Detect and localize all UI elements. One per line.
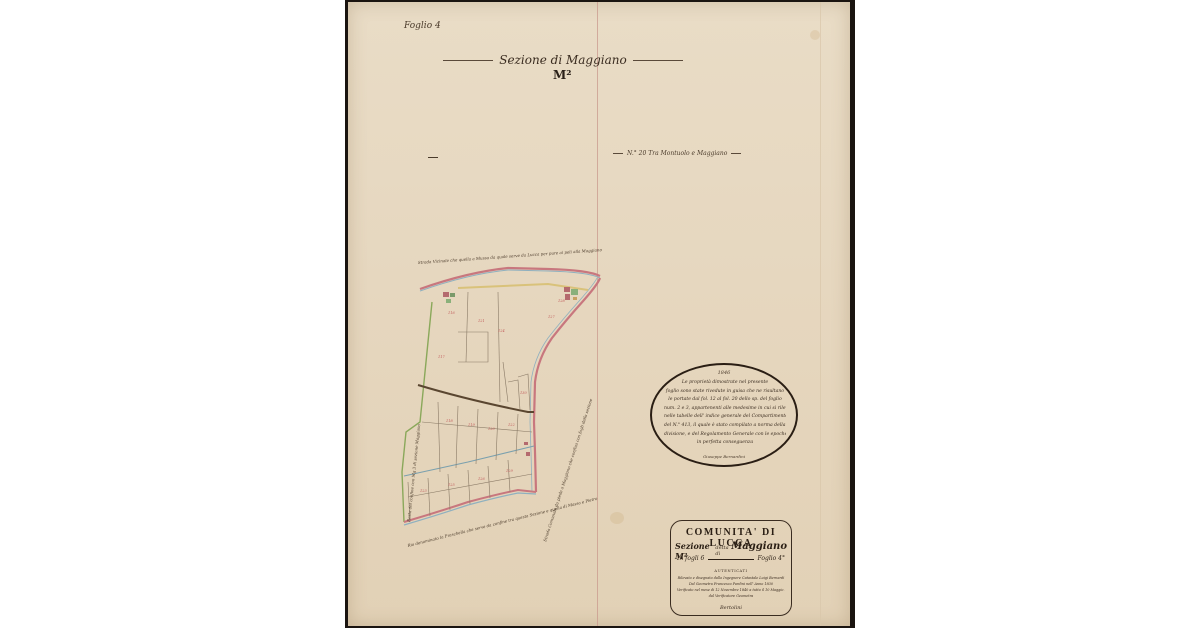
oval-line: in perfetta conseguenza: [664, 439, 786, 448]
cartouche-fogli: In fogli 6: [677, 555, 704, 562]
svg-text:129: 129: [506, 469, 513, 473]
svg-text:130: 130: [520, 391, 527, 395]
oval-lines: Le proprietà dimostrate nel presente fog…: [664, 379, 786, 448]
cartouche-place: Maggiano: [731, 541, 787, 552]
svg-text:117: 117: [438, 355, 445, 359]
cartouche-foglio: Foglio 4°: [758, 555, 785, 562]
annotation-top: Strada Vicinale che quella a Mussa da qu…: [418, 247, 603, 265]
cartouche-signature: Bertolini: [671, 605, 791, 611]
svg-text:128: 128: [558, 299, 565, 303]
svg-text:119: 119: [468, 423, 475, 427]
cartouche-lines: Rilevato e disegnato dallo Ingegnere Cat…: [677, 575, 785, 599]
oval-year: 1846: [652, 370, 796, 376]
svg-text:118: 118: [446, 419, 453, 423]
cartouche-heading: AUTENTICATI: [671, 569, 791, 573]
oval-line: Le proprietà dimostrate nel presente: [664, 379, 786, 388]
svg-text:126: 126: [478, 477, 485, 481]
parcel-lines: [408, 292, 532, 522]
oval-signature: Giuseppe Bernardini: [652, 454, 796, 459]
svg-text:120: 120: [488, 427, 495, 431]
oval-line: divisione, e del Regolamento Generale co…: [664, 431, 786, 440]
svg-text:127: 127: [548, 315, 555, 319]
oval-line: le portate dal fol. 12 al fol. 20 dello …: [664, 396, 786, 405]
svg-text:125: 125: [448, 483, 455, 487]
svg-text:121: 121: [478, 319, 485, 323]
annotation-right: Strada Comunale da piede a Maggiano che …: [542, 397, 593, 542]
map-sheet: Foglio 4 Sezione di Maggiano M² N.° 20 T…: [348, 2, 850, 626]
oval-line: foglio sono state rivedute in guisa che …: [664, 388, 786, 397]
cross-road: [418, 385, 534, 412]
oval-line: del N.° 413, il quale è stato compilato …: [664, 422, 786, 431]
svg-text:123: 123: [420, 489, 427, 493]
right-road-boundary: [534, 278, 600, 492]
title-cartouche: COMUNITA' DI LUCCA Sezione M² detta di M…: [670, 520, 792, 616]
oval-note: 1846 Le proprietà dimostrate nel present…: [650, 363, 798, 467]
svg-text:116: 116: [448, 311, 455, 315]
svg-text:124: 124: [498, 329, 505, 333]
cartouche-blank: [708, 558, 753, 560]
oval-line: num. 2 e 3, appartenenti alle medesime i…: [664, 405, 786, 414]
oval-line: nelle tabelle dell' indice generale del …: [664, 413, 786, 422]
annotation-bottom: Rio denominato la Fraschella che serve d…: [406, 496, 598, 549]
parcel-numbers: 121124128 116117127 118119120 122123125 …: [420, 299, 565, 493]
cartouche-line: dal Verificatore Geometra: [677, 593, 785, 599]
buildings: [443, 287, 578, 456]
left-green-boundary: [402, 302, 432, 522]
cartouche-fogli-row: In fogli 6 Foglio 4°: [677, 555, 785, 562]
svg-text:122: 122: [508, 423, 515, 427]
